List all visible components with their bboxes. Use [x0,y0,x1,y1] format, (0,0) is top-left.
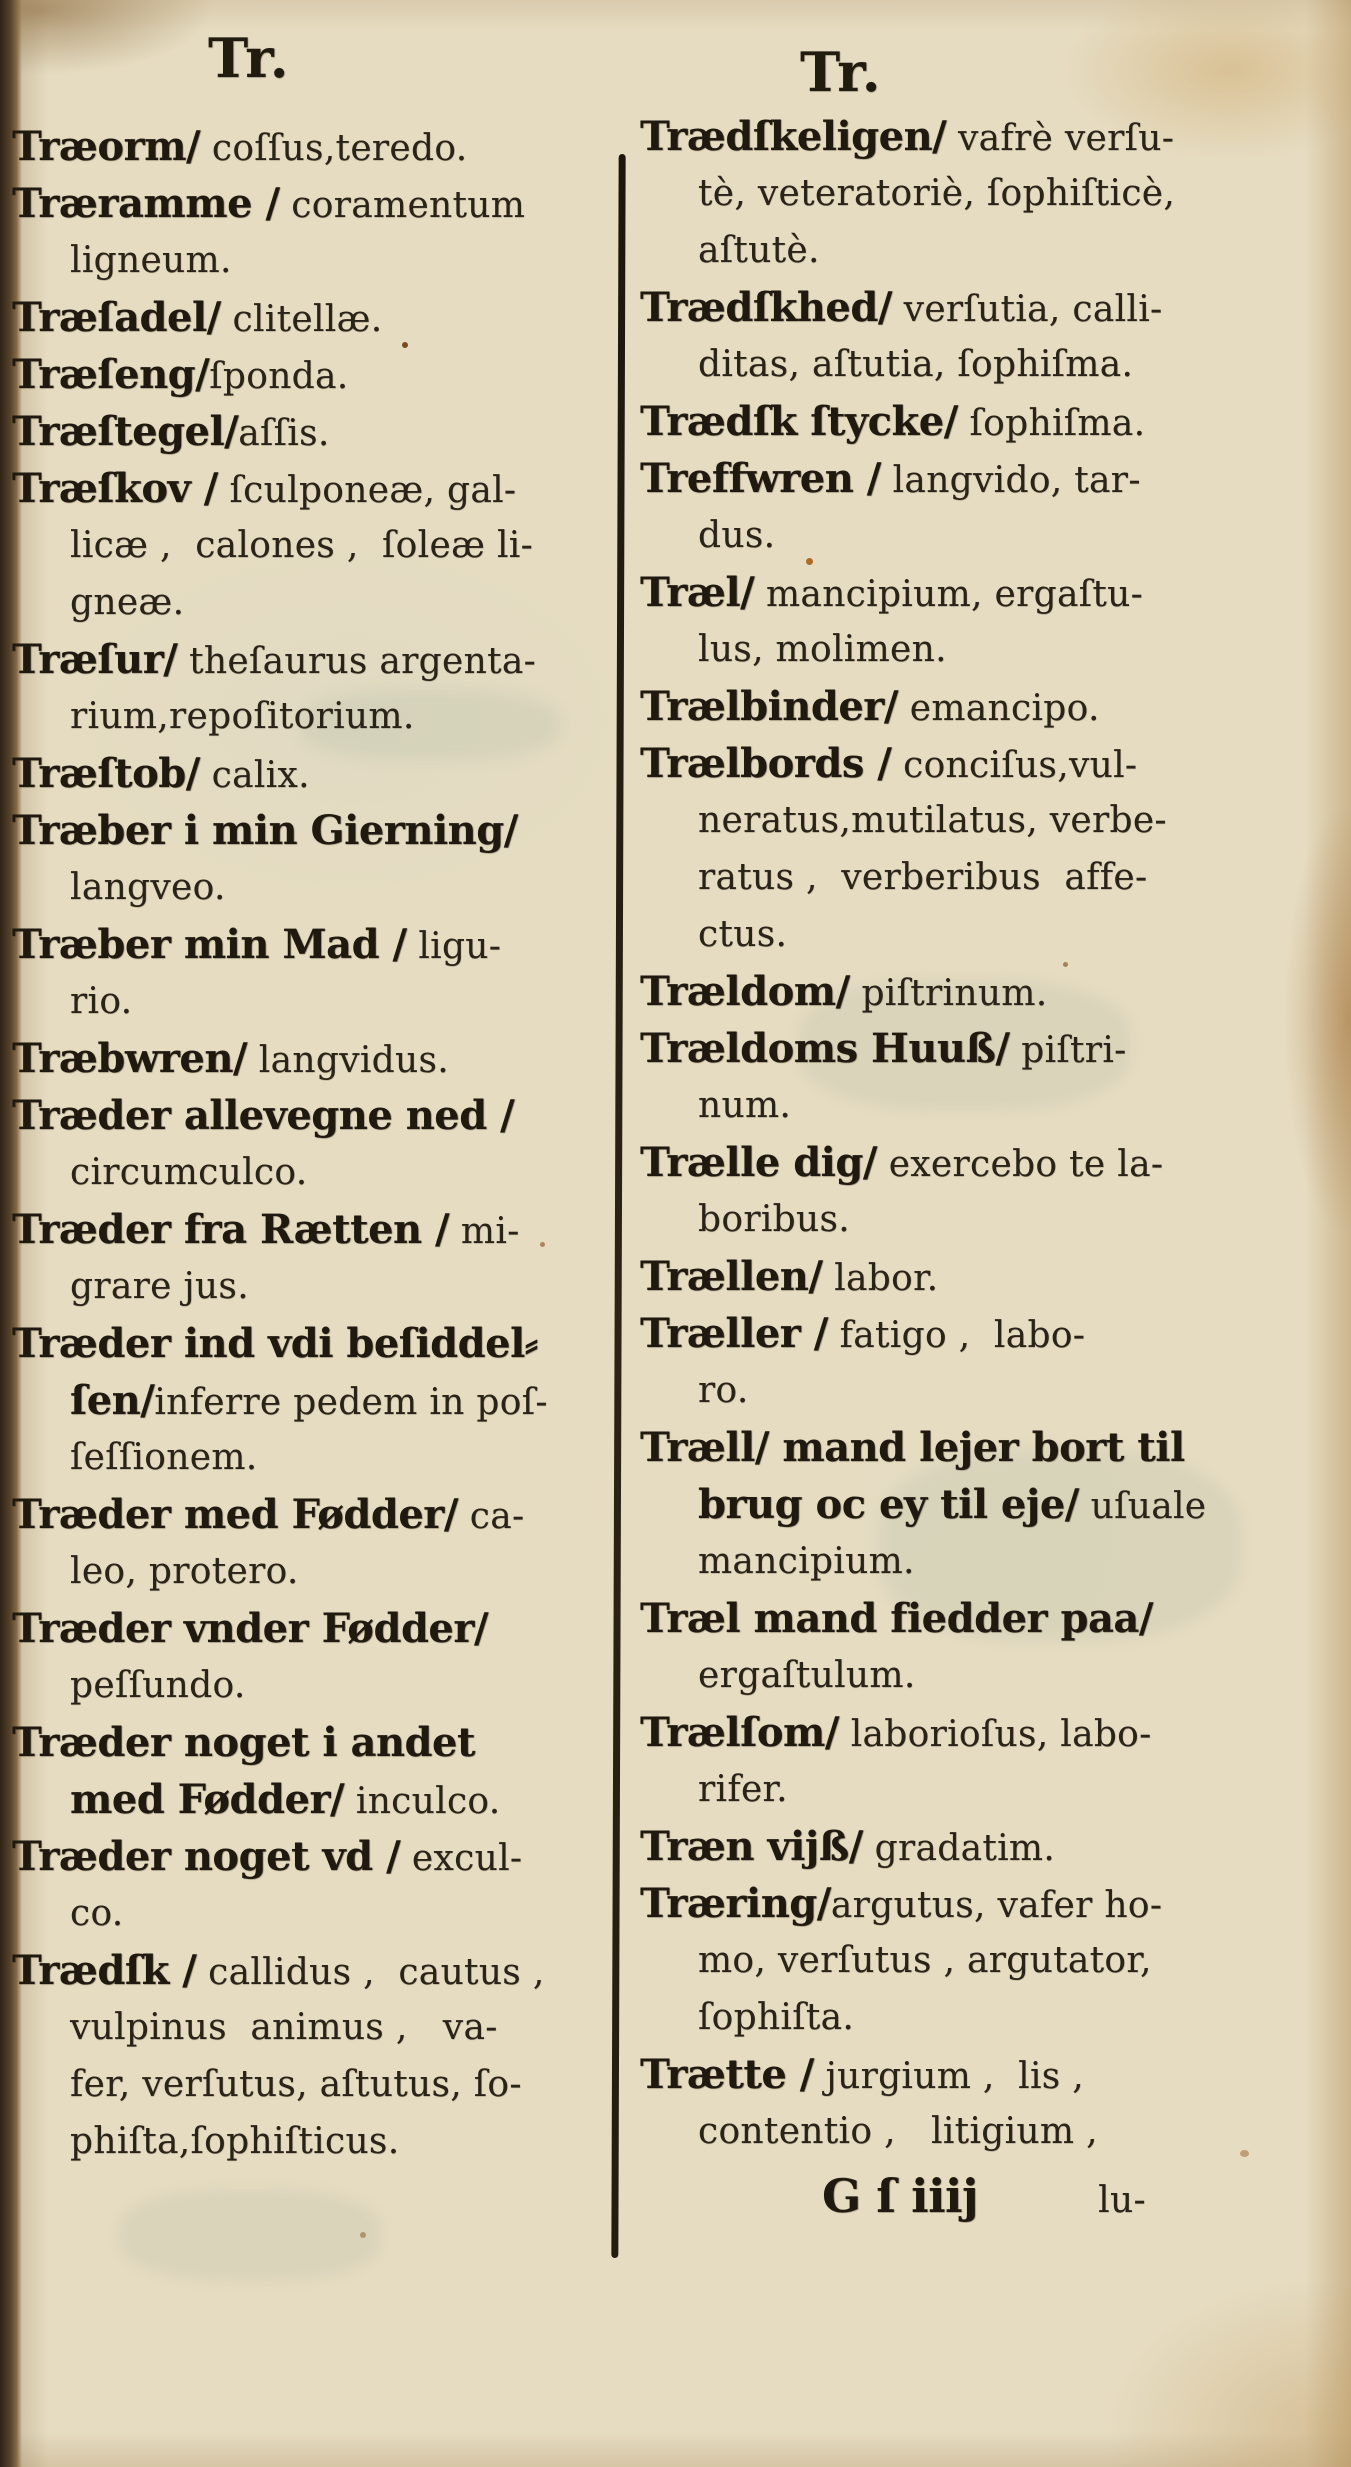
headword-text: Trældoms Huuß/ [640,1025,1010,1072]
entry-line: Træder fra Rætten / mi- [12,1201,612,1258]
headword-text: Trællen/ [640,1253,822,1300]
headword-text: Trælbinder/ [640,683,898,730]
entry-line: leo, protero. [12,1543,612,1600]
entry-line: Trælbinder/ emancipo. [640,678,1346,735]
entry-line: aſtutè. [640,222,1346,279]
definition-text: coſſus,teredo. [200,128,467,169]
definition-text: lus, molimen. [698,629,947,670]
entry-line: Træbwren/ langvidus. [12,1030,612,1087]
definition-text: ratus , verberibus affe- [698,857,1147,898]
definition-text: jurgium , lis , [814,2056,1084,2097]
headword-text: Trælbords / [640,740,891,787]
definition-text: vafrè verſu- [946,118,1174,159]
definition-text: licæ , calones , ſoleæ li- [70,525,533,566]
scanned-dictionary-page: Tr. Tr. Træorm/ coſſus,teredo.Træramme /… [0,0,1351,2467]
entry-line: ergaſtulum. [640,1647,1346,1704]
definition-text: rium,repoſitorium. [70,696,415,737]
definition-text: vulpinus animus , va- [70,2007,498,2048]
definition-text: co. [70,1893,124,1934]
entry-line: Træder allevegne ned / [12,1087,612,1144]
definition-text: dus. [698,515,775,556]
entry-line: Træſur/ theſaurus argenta- [12,631,612,688]
definition-text: ro. [698,1370,749,1411]
headword-text: Træring/ [640,1880,831,1927]
entry-line: mancipium. [640,1533,1346,1590]
definition-text: fatigo , labo- [828,1315,1085,1356]
definition-text: ſeſſionem. [70,1437,258,1478]
column-divider-rule [611,154,625,2258]
definition-text: ſophiſma. [958,403,1146,444]
foxing-spot [360,2232,366,2238]
entry-line: mo, verſutus , argutator, [640,1932,1346,1989]
bleedthrough-ghost [120,2190,380,2280]
headword-text: Træſeng/ [12,351,209,398]
entry-line: Træſeng/ſponda. [12,346,612,403]
headword-text: Træber i min Gierning/ [12,807,518,854]
definition-text: emancipo. [898,688,1100,729]
entry-line: lus, molimen. [640,621,1346,678]
entry-line: Træber min Mad / ligu- [12,916,612,973]
entry-line: ditas, aſtutia, ſophiſma. [640,336,1346,393]
entry-line: boribus. [640,1191,1346,1248]
definition-text: ſponda. [209,356,348,397]
definition-text: mo, verſutus , argutator, [698,1940,1152,1981]
definition-text: langveo. [70,867,226,908]
entry-line: Trædſk ſtycke/ ſophiſma. [640,393,1346,450]
headword-text: Træramme / [12,180,280,227]
entry-line: Træder noget i andet [12,1714,612,1771]
headword-text: Træorm/ [12,123,200,170]
entry-line: ratus , verberibus affe- [640,849,1346,906]
headword-text: Træder ind vdi beſiddel⸗ [12,1320,538,1367]
definition-text: peſſundo. [70,1665,246,1706]
column-header-right: Tr. [800,40,882,104]
headword-text: Træſadel/ [12,294,221,341]
definition-text: piſtrinum. [850,973,1048,1014]
entry-line: dus. [640,507,1346,564]
definition-text: ligneum. [70,240,232,281]
entry-line: circumculco. [12,1144,612,1201]
headword-text: Trædſkeligen/ [640,113,946,160]
entry-line: ro. [640,1362,1346,1419]
definition-text: phiſta,ſophiſticus. [70,2121,399,2162]
definition-text: piſtri- [1010,1030,1127,1071]
definition-text: mancipium, ergaſtu- [754,574,1143,615]
signature-line: G ſ iiijlu- [640,2168,1346,2225]
definition-text: exercebo te la- [877,1144,1163,1185]
entry-line: rio. [12,973,612,1030]
entry-line: Trædſkeligen/ vafrè verſu- [640,108,1346,165]
definition-text: labor. [822,1258,938,1299]
definition-text: gradatim. [863,1828,1055,1869]
definition-text: gneæ. [70,582,184,623]
definition-text: grare jus. [70,1266,249,1307]
headword-text: Træſtob/ [12,750,200,797]
entry-line: Træder vnder Fødder/ [12,1600,612,1657]
headword-text: Træder noget vd / [12,1833,400,1880]
definition-text: boribus. [698,1199,850,1240]
entry-line: Træſtegel/aſſis. [12,403,612,460]
headword-text: Træber min Mad / [12,921,407,968]
definition-text: fer, verſutus, aſtutus, ſo- [70,2064,522,2105]
definition-text: excul- [400,1838,522,1879]
headword-text: Træl/ [640,569,754,616]
entry-line: gneæ. [12,574,612,631]
entry-line: grare jus. [12,1258,612,1315]
definition-text: conciſus,vul- [891,745,1137,786]
definition-text: inculco. [344,1781,500,1822]
headword-text: Træder noget i andet [12,1719,475,1766]
dictionary-column-right: Trædſkeligen/ vafrè verſu-tè, veteratori… [640,108,1346,2225]
definition-text: ſculponeæ, gal- [218,470,517,511]
definition-text: ctus. [698,914,787,955]
definition-text: ca- [458,1496,524,1537]
definition-text: calix. [200,755,310,796]
entry-line: ſeſſionem. [12,1429,612,1486]
definition-text: inferre pedem in poſ- [154,1382,547,1423]
entry-line: Trælſom/ laborioſus, labo- [640,1704,1346,1761]
entry-line: Trælle dig/ exercebo te la- [640,1134,1346,1191]
entry-line: neratus,mutilatus, verbe- [640,792,1346,849]
headword-text: Træn vijß/ [640,1823,863,1870]
entry-line: phiſta,ſophiſticus. [12,2113,612,2170]
headword-text: Træder med Fødder/ [12,1491,458,1538]
definition-text: langvido, tar- [881,460,1141,501]
entry-line: Trælbords / conciſus,vul- [640,735,1346,792]
entry-line: Træller / fatigo , labo- [640,1305,1346,1362]
definition-text: ergaſtulum. [698,1655,916,1696]
entry-line: vulpinus animus , va- [12,1999,612,2056]
headword-text: Træller / [640,1310,828,1357]
definition-text: theſaurus argenta- [177,641,536,682]
entry-line: Trædſkhed/ verſutia, calli- [640,279,1346,336]
definition-text: contentio , litigium , [698,2111,1098,2152]
entry-line: peſſundo. [12,1657,612,1714]
entry-line: Trællen/ labor. [640,1248,1346,1305]
definition-text: neratus,mutilatus, verbe- [698,800,1167,841]
definition-text: tè, veteratoriè, ſophiſticè, [698,173,1175,214]
entry-line: ligneum. [12,232,612,289]
definition-text: coramentum [280,185,526,226]
entry-line: rifer. [640,1761,1346,1818]
entry-line: ſophiſta. [640,1989,1346,2046]
headword-text: Træder allevegne ned / [12,1092,514,1139]
entry-line: fer, verſutus, aſtutus, ſo- [12,2056,612,2113]
headword-text: Træll/ mand lejer bort til [640,1424,1185,1471]
headword-text: Trætte / [640,2051,814,2098]
entry-line: Træramme / coramentum [12,175,612,232]
headword-text: med Fødder/ [70,1776,344,1823]
definition-text: mancipium. [698,1541,915,1582]
definition-text: rifer. [698,1769,788,1810]
definition-text: aſtutè. [698,230,820,271]
definition-text: ligu- [407,926,502,967]
entry-line: Træder med Fødder/ ca- [12,1486,612,1543]
entry-line: Træſtob/ calix. [12,745,612,802]
definition-text: verſutia, calli- [892,289,1163,330]
entry-line: tè, veteratoriè, ſophiſticè, [640,165,1346,222]
definition-text: langvidus. [247,1040,449,1081]
definition-text: ſophiſta. [698,1997,854,2038]
entry-line: Træl/ mancipium, ergaſtu- [640,564,1346,621]
headword-text: Trædſkhed/ [640,284,892,331]
entry-line: Trældom/ piſtrinum. [640,963,1346,1020]
definition-text: mi- [449,1211,519,1252]
headword-text: Træder fra Rætten / [12,1206,449,1253]
entry-line: Træſkov / ſculponeæ, gal- [12,460,612,517]
entry-line: Træring/argutus, vafer ho- [640,1875,1346,1932]
headword-text: ſen/ [70,1377,154,1424]
entry-line: Træſadel/ clitellæ. [12,289,612,346]
entry-line: rium,repoſitorium. [12,688,612,745]
entry-line: Træber i min Gierning/ [12,802,612,859]
entry-line: Trætte / jurgium , lis , [640,2046,1346,2103]
entry-line: Treffwren / langvido, tar- [640,450,1346,507]
entry-line: brug oc ey til eje/ uſuale [640,1476,1346,1533]
definition-text: ditas, aſtutia, ſophiſma. [698,344,1133,385]
headword-text: Trælle dig/ [640,1139,877,1186]
headword-text: Treffwren / [640,455,881,502]
dictionary-column-left: Træorm/ coſſus,teredo.Træramme / coramen… [12,118,612,2170]
definition-text: argutus, vafer ho- [831,1885,1162,1926]
entry-line: Træl mand fiedder paa/ [640,1590,1346,1647]
catchword: lu- [1098,2180,1146,2221]
definition-text: uſuale [1079,1486,1207,1527]
definition-text: rio. [70,981,132,1022]
column-header-left: Tr. [208,26,290,90]
headword-text: Træder vnder Fødder/ [12,1605,488,1652]
entry-line: Træder ind vdi beſiddel⸗ [12,1315,612,1372]
entry-line: co. [12,1885,612,1942]
entry-line: ſen/inferre pedem in poſ- [12,1372,612,1429]
definition-text: num. [698,1085,791,1126]
entry-line: contentio , litigium , [640,2103,1346,2160]
signature-mark: G ſ iiij [822,2169,978,2223]
entry-line: ctus. [640,906,1346,963]
entry-line: num. [640,1077,1346,1134]
headword-text: Trædſk ſtycke/ [640,398,958,445]
headword-text: Træſtegel/ [12,408,238,455]
entry-line: Træder noget vd / excul- [12,1828,612,1885]
headword-text: Trædſk / [12,1947,196,1994]
headword-text: Trælſom/ [640,1709,839,1756]
entry-line: Trældoms Huuß/ piſtri- [640,1020,1346,1077]
definition-text: clitellæ. [221,299,383,340]
definition-text: leo, protero. [70,1551,299,1592]
entry-line: Træn vijß/ gradatim. [640,1818,1346,1875]
entry-line: Træorm/ coſſus,teredo. [12,118,612,175]
entry-line: langveo. [12,859,612,916]
headword-text: Træbwren/ [12,1035,247,1082]
headword-text: Trældom/ [640,968,850,1015]
definition-text: laborioſus, labo- [839,1714,1152,1755]
entry-line: Trædſk / callidus , cautus , [12,1942,612,1999]
entry-line: licæ , calones , ſoleæ li- [12,517,612,574]
entry-line: med Fødder/ inculco. [12,1771,612,1828]
headword-text: Træſur/ [12,636,177,683]
definition-text: aſſis. [238,413,329,454]
headword-text: Træl mand fiedder paa/ [640,1595,1153,1642]
definition-text: circumculco. [70,1152,307,1193]
headword-text: Træſkov / [12,465,218,512]
entry-line: Træll/ mand lejer bort til [640,1419,1346,1476]
definition-text: callidus , cautus , [196,1952,544,1993]
headword-text: brug oc ey til eje/ [698,1481,1079,1528]
